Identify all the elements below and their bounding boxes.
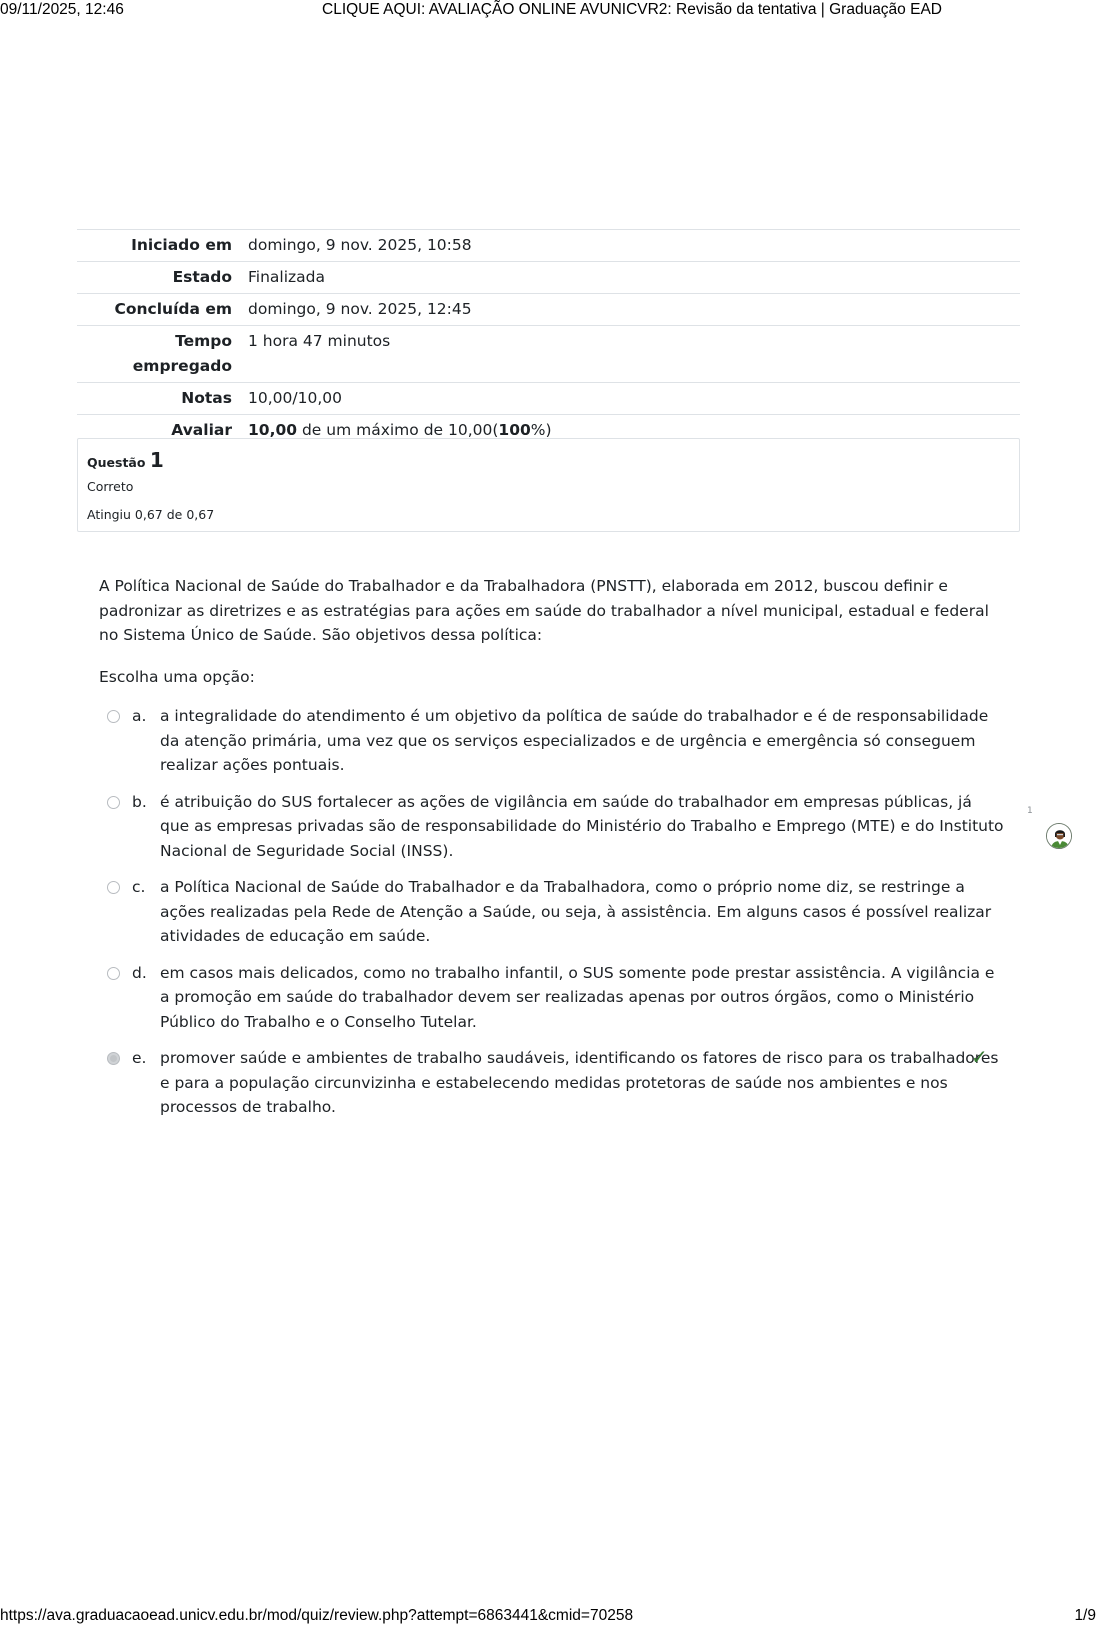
answer-letter: b.: [132, 790, 147, 815]
summary-label: Concluída em: [77, 294, 240, 326]
summary-label: Notas: [77, 383, 240, 415]
attempt-summary-table: Iniciado em domingo, 9 nov. 2025, 10:58 …: [77, 229, 1020, 446]
question-info-box: Questão 1 Correto Atingiu 0,67 de 0,67: [77, 438, 1020, 532]
summary-label: Iniciado em: [77, 230, 240, 262]
score-max-text: de um máximo de 10,00(: [297, 421, 498, 439]
question-text: A Política Nacional de Saúde do Trabalha…: [99, 574, 1009, 648]
print-header: 09/11/2025, 12:46 CLIQUE AQUI: AVALIAÇÃO…: [0, 0, 1096, 22]
answer-option-a[interactable]: a. a integralidade do atendimento é um o…: [107, 704, 1007, 778]
answer-option-d[interactable]: d. em casos mais delicados, como no trab…: [107, 961, 1007, 1035]
summary-row: Tempo empregado 1 hora 47 minutos: [77, 326, 1020, 383]
print-footer: https://ava.graduacaoead.unicv.edu.br/mo…: [0, 1605, 1096, 1627]
radio-button[interactable]: [107, 881, 120, 894]
answer-letter: e.: [132, 1046, 146, 1071]
question-state: Correto: [87, 479, 133, 494]
page-number: 1/9: [1074, 1607, 1096, 1625]
answer-text: a integralidade do atendimento é um obje…: [160, 704, 1005, 778]
score-percent: 100: [498, 421, 530, 439]
radio-button[interactable]: [107, 710, 120, 723]
answer-letter: d.: [132, 961, 147, 986]
radio-button[interactable]: [107, 796, 120, 809]
summary-value: domingo, 9 nov. 2025, 10:58: [240, 230, 1020, 262]
summary-row: Iniciado em domingo, 9 nov. 2025, 10:58: [77, 230, 1020, 262]
answer-text: em casos mais delicados, como no trabalh…: [160, 961, 1005, 1035]
answer-text: é atribuição do SUS fortalecer as ações …: [160, 790, 1005, 864]
summary-value: 1 hora 47 minutos: [240, 326, 1020, 383]
summary-row: Notas 10,00/10,00: [77, 383, 1020, 415]
summary-row: Concluída em domingo, 9 nov. 2025, 12:45: [77, 294, 1020, 326]
summary-value: domingo, 9 nov. 2025, 12:45: [240, 294, 1020, 326]
page-url: https://ava.graduacaoead.unicv.edu.br/mo…: [0, 1607, 633, 1625]
check-icon: ✓: [971, 1045, 988, 1070]
question-number-value: 1: [150, 448, 164, 472]
print-datetime: 09/11/2025, 12:46: [0, 1, 124, 19]
answer-option-e[interactable]: e. promover saúde e ambientes de trabalh…: [107, 1046, 1007, 1120]
answer-list: a. a integralidade do atendimento é um o…: [107, 704, 1007, 1132]
answer-option-c[interactable]: c. a Política Nacional de Saúde do Traba…: [107, 875, 1007, 949]
question-number: Questão 1: [87, 448, 164, 472]
answer-text: a Política Nacional de Saúde do Trabalha…: [160, 875, 1005, 949]
avatar-person-icon[interactable]: [1046, 823, 1072, 849]
score-suffix: %): [531, 421, 552, 439]
radio-button[interactable]: [107, 967, 120, 980]
summary-label: Estado: [77, 262, 240, 294]
radio-button-selected[interactable]: [107, 1052, 120, 1065]
score: 10,00: [248, 421, 297, 439]
summary-label: Tempo empregado: [77, 326, 240, 383]
side-badge-count: 1: [1027, 806, 1033, 816]
summary-value: 10,00/10,00: [240, 383, 1020, 415]
summary-value: Finalizada: [240, 262, 1020, 294]
answer-letter: c.: [132, 875, 145, 900]
summary-row: Estado Finalizada: [77, 262, 1020, 294]
answer-letter: a.: [132, 704, 146, 729]
answer-text: promover saúde e ambientes de trabalho s…: [160, 1046, 1005, 1120]
print-page-title: CLIQUE AQUI: AVALIAÇÃO ONLINE AVUNICVR2:…: [322, 1, 942, 19]
question-grade: Atingiu 0,67 de 0,67: [87, 507, 214, 522]
answer-option-b[interactable]: b. é atribuição do SUS fortalecer as açõ…: [107, 790, 1007, 864]
answer-prompt: Escolha uma opção:: [99, 668, 255, 686]
question-label: Questão: [87, 455, 145, 470]
